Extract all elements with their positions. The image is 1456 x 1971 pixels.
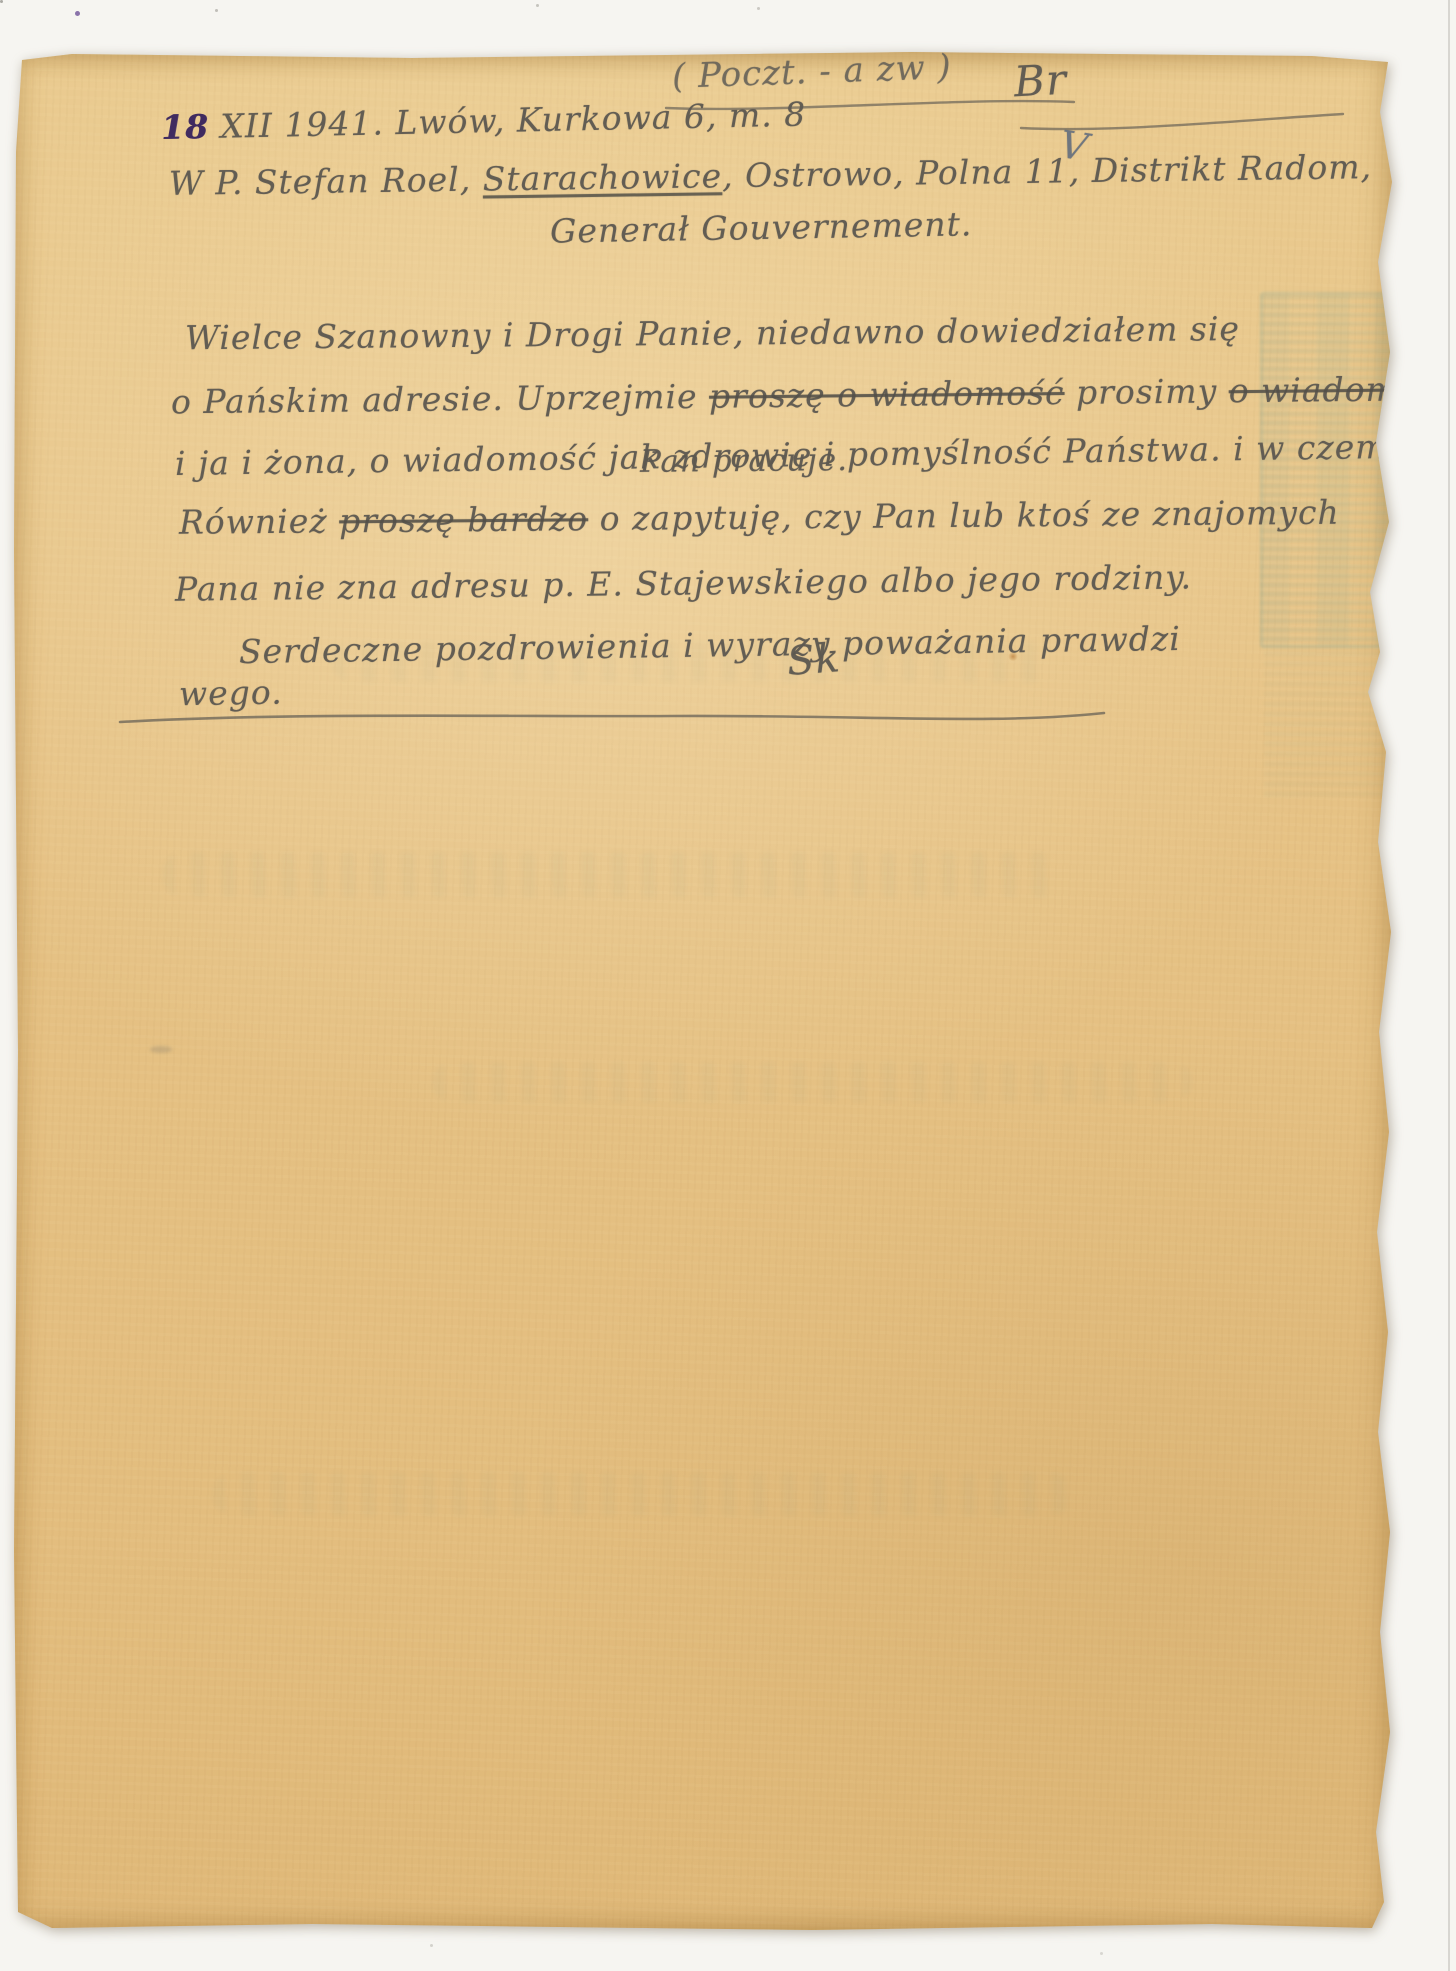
pencil-smudge (150, 1046, 172, 1053)
aged-paper-sheet: 18 XII 1941. Lwów, Kurkowa 6, m. 8 ( Poc… (12, 52, 1398, 1934)
address-suffix: , Ostrowo, Polna 11, Distrikt Radom, (722, 147, 1372, 195)
stamp-bleed-through-lower (1264, 652, 1392, 802)
scanner-edge-line (1448, 0, 1450, 1971)
ink-bleed-ghost (212, 1472, 1072, 1516)
divider-line (112, 704, 1112, 732)
signature: Sk (786, 636, 843, 684)
postal-annotation: ( Poczt. - a zw ) (671, 49, 952, 96)
ink-bleed-ghost (162, 852, 1062, 898)
letter-body-line: Serdeczne pozdrowienia i wyrazy poważani… (169, 585, 1181, 708)
letter-page: 18 XII 1941. Lwów, Kurkowa 6, m. 8 ( Poc… (12, 52, 1398, 1934)
letter-body-line: wego. (109, 639, 284, 751)
dust-specks (0, 0, 3, 3)
general-gouvernement-line: Generał Gouvernement. (550, 206, 973, 250)
body-text: Serdeczne pozdrowienia i wyrazy poważani… (239, 619, 1181, 671)
ink-bleed-ghost (432, 1062, 1192, 1102)
address-underlined-town: Starachowice (482, 156, 722, 198)
address-prefix: W P. Stefan Roel, (169, 160, 483, 203)
